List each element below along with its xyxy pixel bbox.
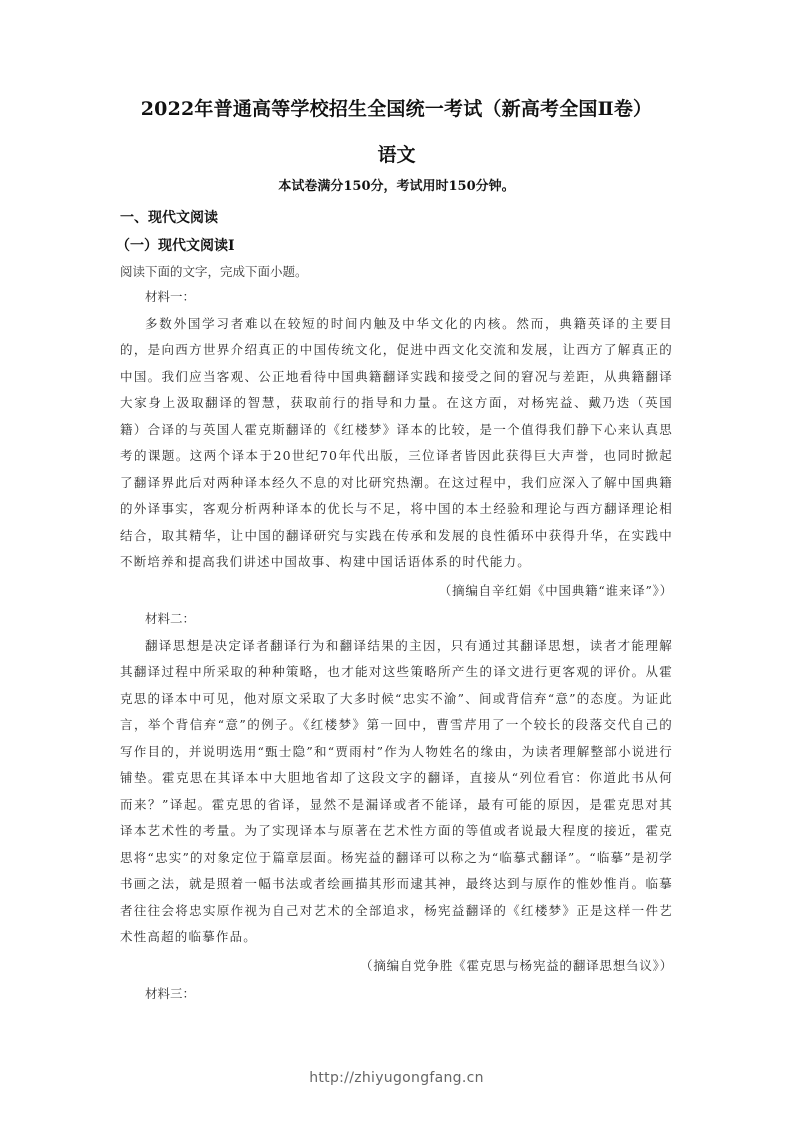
material-source: （摘编自辛红娟《中国典籍“谁来译”》） <box>120 578 673 605</box>
material-three: 材料三： <box>120 981 673 1008</box>
reading-instruction: 阅读下面的文字，完成下面小题。 <box>120 262 673 282</box>
subject-title: 语文 <box>120 142 673 168</box>
material-one: 材料一： 多数外国学习者难以在较短的时间内触及中华文化的内核。然而，典籍英译的主… <box>120 284 673 604</box>
exam-note: 本试卷满分150分，考试用时150分钟。 <box>120 178 673 196</box>
document-title: 2022年普通高等学校招生全国统一考试（新高考全国Ⅱ卷） <box>108 96 685 122</box>
exam-page: 2022年普通高等学校招生全国统一考试（新高考全国Ⅱ卷） 语文 本试卷满分150… <box>120 96 673 1008</box>
material-paragraph: 多数外国学习者难以在较短的时间内触及中华文化的内核。然而，典籍英译的主要目的，是… <box>120 311 673 576</box>
material-paragraph: 翻译思想是决定译者翻译行为和翻译结果的主因，只有通过其翻译思想，读者才能理解其翻… <box>120 633 673 951</box>
subsection-heading: （一）现代文阅读Ⅰ <box>116 236 673 256</box>
material-source: （摘编自党争胜《霍克思与杨宪益的翻译思想刍议》） <box>120 953 673 980</box>
material-label: 材料二： <box>120 606 673 633</box>
footer-url: http://zhiyugongfang.cn <box>0 1070 793 1086</box>
material-two: 材料二： 翻译思想是决定译者翻译行为和翻译结果的主因，只有通过其翻译思想，读者才… <box>120 606 673 979</box>
section-heading: 一、现代文阅读 <box>120 208 673 228</box>
material-label: 材料一： <box>120 284 673 311</box>
material-label: 材料三： <box>120 981 673 1008</box>
